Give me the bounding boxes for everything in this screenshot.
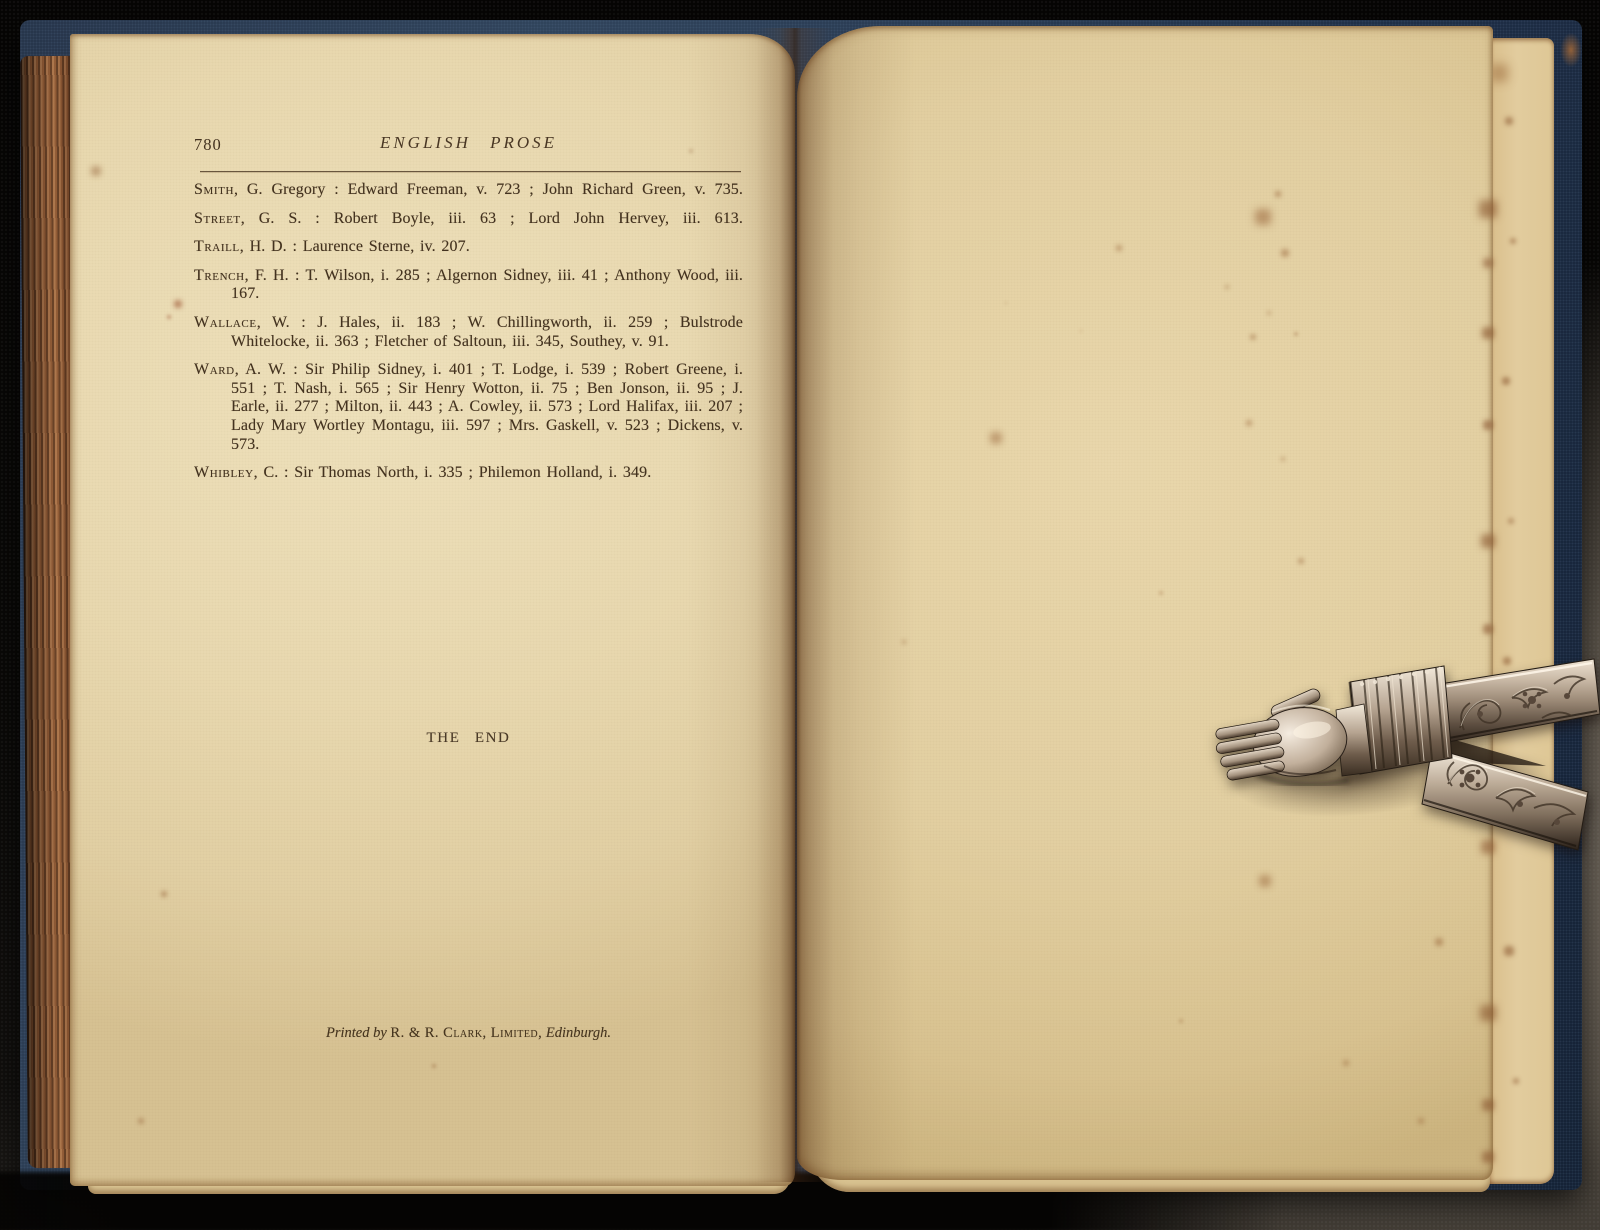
photo-of-open-book: 780 ENGLISH PROSE Smith, G. Gregory : Ed… (0, 0, 1600, 1230)
index-entry: Smith, G. Gregory : Edward Freeman, v. 7… (194, 181, 743, 200)
index-entry: Traill, H. D. : Laurence Sterne, iv. 207… (194, 238, 743, 257)
running-title: ENGLISH PROSE (194, 133, 743, 153)
book-gutter-shadow (756, 28, 834, 1182)
index-entries: Smith, G. Gregory : Edward Freeman, v. 7… (194, 181, 743, 493)
index-entry: Wallace, W. : J. Hales, ii. 183 ; W. Chi… (194, 314, 743, 351)
colophon-place: Edinburgh. (546, 1025, 611, 1041)
header-rule (200, 171, 741, 172)
paper-grain (797, 26, 1493, 1180)
index-entry: Whibley, C. : Sir Thomas North, i. 335 ;… (194, 464, 743, 483)
clip-upper-arm (1440, 659, 1600, 742)
colophon-printer-name: R. & R. Clark, Limited, (390, 1025, 542, 1041)
right-page-blank (797, 26, 1493, 1180)
clip-hand (1213, 687, 1372, 785)
flyleaf-page-edge (1486, 38, 1554, 1184)
cover-corner-wear (1556, 26, 1586, 74)
printer-colophon: Printed by R. & R. Clark, Limited, Edinb… (194, 1025, 743, 1042)
left-page: 780 ENGLISH PROSE Smith, G. Gregory : Ed… (70, 34, 795, 1186)
index-entry: Trench, F. H. : T. Wilson, i. 285 ; Alge… (194, 267, 743, 304)
fingers (1213, 718, 1287, 782)
colophon-printed-by: Printed by (326, 1025, 387, 1041)
silver-hand-book-clip (1212, 626, 1600, 892)
index-entry: Street, G. S. : Robert Boyle, iii. 63 ; … (194, 210, 743, 229)
the-end-text: THE END (194, 730, 743, 747)
page-header: 780 ENGLISH PROSE (194, 133, 743, 159)
foxing-spots (70, 34, 72, 36)
index-entry: Ward, A. W. : Sir Philip Sidney, i. 401 … (194, 361, 743, 454)
